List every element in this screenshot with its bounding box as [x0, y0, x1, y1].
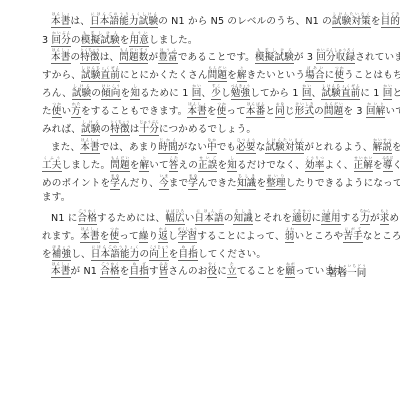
- ruby-word: 適切てきせつ: [292, 213, 312, 225]
- ruby-word: 日本語にほんご: [195, 213, 224, 225]
- paragraph-3-line-3: めのポイントを学まなんだり、今いままで学まなんできた知識ちしきを整理せいりしたり…: [42, 174, 400, 189]
- text-run: につかめるでしょう。: [159, 124, 256, 135]
- ruby-word: 立た: [227, 266, 237, 278]
- text-run: みれば、: [42, 124, 81, 135]
- ruby-word: 学習がくしゅう: [178, 231, 198, 243]
- ruby-word: 試験直前しけんちょくぜん: [81, 70, 120, 82]
- ruby-word: 特徴とくちょう: [110, 124, 130, 136]
- text-run: るために 1: [140, 88, 192, 99]
- text-run: すから、: [42, 70, 81, 81]
- paragraph-2-line-4: た使つかい方かたをすることもできます。本書ほんしょを使つかって本番ほんばんと同お…: [42, 102, 400, 117]
- ruby-word: 幅広はばひろ: [165, 213, 185, 225]
- text-run: ろん、: [42, 88, 72, 99]
- text-run: を: [169, 249, 179, 260]
- paragraph-2-line-5: みれば、試験しけんの特徴とくちょうは十分じゅうぶんにつかめるでしょう。: [42, 120, 256, 135]
- ruby-word: 知し: [130, 88, 140, 100]
- ruby-word: 方かた: [71, 106, 81, 118]
- text-run: する: [341, 213, 361, 224]
- ruby-word: 同おな: [275, 106, 285, 118]
- text-run: N1 に: [51, 213, 78, 224]
- text-run: にとにかくたくさん: [120, 70, 208, 81]
- text-run: がとれるよう、: [304, 142, 372, 153]
- text-run: くた: [393, 160, 400, 171]
- ruby-word: 導みちび: [383, 160, 393, 172]
- ruby-word: 場合ばあい: [305, 70, 325, 82]
- ruby-word: 回解かいと: [366, 106, 386, 118]
- ruby-word: 必要ひつよう: [236, 142, 256, 154]
- ruby-word: 学まな: [110, 178, 120, 190]
- ruby-word: 補強ほきょう: [52, 249, 72, 261]
- text-run: しました。: [149, 35, 198, 46]
- text-run: を: [217, 160, 227, 171]
- text-run: が N1: [71, 266, 101, 277]
- ruby-word: 模擬試験もぎしけん: [81, 35, 120, 47]
- ruby-word: 正解せいかい: [354, 160, 374, 172]
- text-run: を: [227, 70, 237, 81]
- ruby-word: 願ねが: [285, 266, 295, 278]
- ruby-word: 本書ほんしょ: [80, 142, 100, 154]
- text-run: じ: [285, 106, 295, 117]
- ruby-word: 豊富ほうふ: [158, 52, 178, 64]
- text-run: し: [221, 88, 231, 99]
- ruby-word: 今いま: [159, 178, 169, 190]
- ruby-word: 使つか: [217, 106, 227, 118]
- text-run: 、: [201, 88, 211, 99]
- ruby-word: 運用うんよう: [321, 213, 341, 225]
- ruby-word: 知し: [227, 160, 237, 172]
- ruby-word: 問題もんだい: [324, 106, 344, 118]
- text-run: してから 1: [250, 88, 302, 99]
- text-run: といっ: [392, 88, 400, 99]
- text-run: は、: [71, 16, 91, 27]
- ruby-word: 試験対策しけんたいさく: [332, 16, 371, 28]
- ruby-word: 傾向けいこう: [101, 88, 121, 100]
- ruby-word: 解と: [237, 70, 247, 82]
- ruby-word: 試験しけん: [72, 88, 92, 100]
- text-run: きたいという: [247, 70, 305, 81]
- text-run: を: [256, 178, 266, 189]
- ruby-word: 用意ようい: [129, 35, 149, 47]
- ruby-word: 知識ちしき: [237, 178, 257, 190]
- text-run: が: [148, 52, 158, 63]
- text-run: てることを: [237, 266, 286, 277]
- paragraph-3-line-2: 工夫くふうしました。問題もんだいを解といて答こたえの正誤せいごを知しるだけでなく…: [42, 156, 400, 171]
- text-run: の: [100, 124, 110, 135]
- text-run: うことはもち: [344, 70, 400, 81]
- ruby-word: 効率こうりつ: [305, 160, 325, 172]
- text-run: ます。: [42, 192, 70, 203]
- ruby-word: 回分かいぶん: [51, 35, 71, 47]
- text-run: するためには、: [97, 213, 165, 224]
- paragraph-2-line-2: すから、試験直前しけんちょくぜんにとにかくたくさん問題もんだいを解ときたいという…: [42, 66, 400, 81]
- text-run: めのポイントを: [42, 178, 110, 189]
- ruby-word: 合格ごうかく: [100, 266, 120, 278]
- text-run: って: [226, 106, 246, 117]
- text-run: とそれを: [253, 213, 292, 224]
- ruby-word: 使つか: [52, 106, 62, 118]
- ruby-word: 工夫くふう: [42, 160, 62, 172]
- text-run: って: [119, 231, 139, 242]
- ruby-word: 力ちから: [360, 213, 370, 225]
- text-run: では、あまり: [100, 142, 158, 153]
- text-run: いて: [385, 106, 400, 117]
- text-run: に: [311, 213, 321, 224]
- ruby-word: 問題数もんだいすう: [119, 52, 148, 64]
- ruby-word: 本書ほんしょ: [80, 231, 100, 243]
- ruby-word: 整理せいり: [266, 178, 286, 190]
- text-run: が: [370, 213, 380, 224]
- ruby-word: 回かい: [302, 88, 312, 100]
- text-run: さんのお: [168, 266, 207, 277]
- text-run: り: [148, 231, 158, 242]
- ruby-word: 勉強べんきょう: [231, 88, 251, 100]
- ruby-word: 問題もんだい: [110, 160, 130, 172]
- ruby-word: 向上こうじょう: [149, 249, 169, 261]
- text-run: の: [91, 88, 101, 99]
- text-run: よく、: [324, 160, 353, 171]
- text-run: を: [120, 35, 130, 46]
- text-run: に: [325, 70, 335, 81]
- ruby-word: 本書ほんしょ: [51, 52, 71, 64]
- ruby-word: 問題もんだい: [208, 70, 228, 82]
- text-run: るだけでなく、: [237, 160, 305, 171]
- text-run: な: [256, 142, 266, 153]
- ruby-word: 特徴とくちょう: [80, 52, 100, 64]
- ruby-word: 求もと: [380, 213, 390, 225]
- ruby-word: 繰く: [139, 231, 149, 243]
- ruby-word: 回かい: [192, 88, 202, 100]
- text-run: い: [185, 213, 195, 224]
- text-run: い: [62, 106, 72, 117]
- paragraph-2-line-1: 本書ほんしょの特徴とくちょうは、問題数もんだいすうが豊富ほうふであることです。模…: [51, 48, 400, 63]
- paragraph-1-line-1: 本書ほんしょは、日本語能力試験にほんごのうりょくしけんの N1 から N5 のレ…: [51, 12, 400, 27]
- ruby-word: 中なか: [207, 142, 217, 154]
- text-run: を: [42, 249, 52, 260]
- text-run: を: [207, 106, 217, 117]
- text-run: す: [149, 266, 159, 277]
- text-run: いて: [149, 160, 169, 171]
- paragraph-1-line-2: 3 回分かいぶんの模擬試験もぎしけんを用意よういしました。: [42, 31, 198, 46]
- text-run: し、: [71, 249, 91, 260]
- text-run: と: [265, 106, 275, 117]
- ruby-word: 試験しけん: [81, 124, 101, 136]
- text-run: めら: [389, 213, 400, 224]
- ruby-word: 日本語能力にほんごのうりょく: [91, 249, 140, 261]
- text-run: んできた: [198, 178, 237, 189]
- ruby-word: 回分収録かいぶんしゅうろく: [316, 52, 355, 64]
- paragraph-5-line-1: 本書ほんしょが N1 合格ごうかくを目指めざす皆みなさんのお役やくに立たてること…: [51, 262, 353, 277]
- text-run: を 3: [343, 106, 365, 117]
- ruby-word: 答こた: [169, 160, 179, 172]
- ruby-word: 目指めざ: [178, 249, 198, 261]
- ruby-word: 少すこ: [211, 88, 221, 100]
- author-signature: 著者一同ちょしゃいちどう: [328, 264, 366, 279]
- ruby-word: 目指めざ: [129, 266, 149, 278]
- text-run: が 3: [294, 52, 316, 63]
- text-run: を: [392, 142, 400, 153]
- text-run: されていま: [355, 52, 400, 63]
- text-run: の: [139, 249, 149, 260]
- text-run: の N1 から N5 のレベルのうち、N1 の: [158, 16, 332, 27]
- text-run: えの: [178, 160, 198, 171]
- text-run: し: [168, 231, 178, 242]
- text-run: の: [71, 35, 81, 46]
- text-run: をすることもできます。: [81, 106, 187, 117]
- text-run: しました。: [62, 160, 111, 171]
- ruby-word: 使つか: [334, 70, 344, 82]
- ruby-word: 本番ほんばん: [246, 106, 266, 118]
- paragraph-2-line-3: ろん、試験しけんの傾向けいこうを知しるために 1 回かい、少すこし勉強べんきょう…: [42, 84, 400, 99]
- ruby-word: 試験直前しけんちょくぜん: [321, 88, 360, 100]
- ruby-word: 合格ごうかく: [78, 213, 98, 225]
- ruby-word: 形式けいしき: [295, 106, 315, 118]
- ruby-word: 試験対策しけんたいさく: [265, 142, 304, 154]
- ruby-word: 本書ほんしょ: [51, 266, 71, 278]
- ruby-word: 本書ほんしょ: [51, 16, 71, 28]
- text-run: また、: [51, 142, 80, 153]
- text-run: であることです。: [178, 52, 255, 63]
- text-run: の: [71, 52, 81, 63]
- text-run: に: [217, 266, 227, 277]
- ruby-word: 時間じかん: [158, 142, 178, 154]
- text-run: することによって、: [197, 231, 285, 242]
- text-run: た: [42, 106, 52, 117]
- paragraph-3-line-1: また、本書ほんしょでは、あまり時間じかんがない中なかでも必要ひつような試験対策し…: [51, 138, 400, 153]
- paragraph-4-line-1: N1 に合格ごうかくするためには、幅広はばひろい日本語にほんごの知識ちしきとそれ…: [51, 209, 400, 224]
- text-run: 、: [312, 88, 322, 99]
- text-run: でも: [217, 142, 237, 153]
- ruby-word: 模擬試験もぎしけん: [255, 52, 294, 64]
- document-page: 本書ほんしょは、日本語能力試験にほんごのうりょくしけんの N1 から N5 のレ…: [0, 0, 400, 400]
- ruby-word: 知識ちしき: [233, 213, 253, 225]
- text-run: なところ: [363, 231, 400, 242]
- text-run: したりできるようになってい: [286, 178, 400, 189]
- ruby-word: 使つか: [109, 231, 119, 243]
- text-run: を: [100, 231, 110, 242]
- text-run: に 1: [360, 88, 382, 99]
- text-run: を: [130, 160, 140, 171]
- text-run: がない: [178, 142, 207, 153]
- text-run: んだり、: [120, 178, 159, 189]
- ruby-word: 役やく: [207, 266, 217, 278]
- text-run: を: [371, 16, 381, 27]
- ruby-word: 日本語能力試験にほんごのうりょくしけん: [90, 16, 158, 28]
- text-run: いところや: [294, 231, 343, 242]
- ruby-word: 目的もくてき: [381, 16, 400, 28]
- ruby-word: 返かえ: [158, 231, 168, 243]
- text-run: れます。: [42, 231, 80, 242]
- text-run: の: [314, 106, 324, 117]
- ruby-word: 解と: [139, 160, 149, 172]
- ruby-word: 本書ほんしょ: [187, 106, 207, 118]
- text-run: は、: [100, 52, 120, 63]
- text-run: まで: [169, 178, 189, 189]
- text-run: を: [121, 88, 131, 99]
- ruby-word: 十分じゅうぶん: [139, 124, 159, 136]
- text-run: してください。: [198, 249, 266, 260]
- ruby-word: 正誤せいご: [198, 160, 218, 172]
- paragraph-4-line-2: れます。本書ほんしょを使つかって繰くり返かえし学習がくしゅうすることによって、弱…: [42, 227, 400, 242]
- ruby-word: 学まな: [188, 178, 198, 190]
- paragraph-4-line-3: を補強ほきょうし、日本語能力にほんごのうりょくの向上こうじょうを目指めざしてくだ…: [42, 245, 266, 260]
- ruby-word: 解説かいせつ: [373, 142, 393, 154]
- ruby-word: 苦手にがて: [343, 231, 363, 243]
- paragraph-3-line-4: ます。: [42, 192, 70, 203]
